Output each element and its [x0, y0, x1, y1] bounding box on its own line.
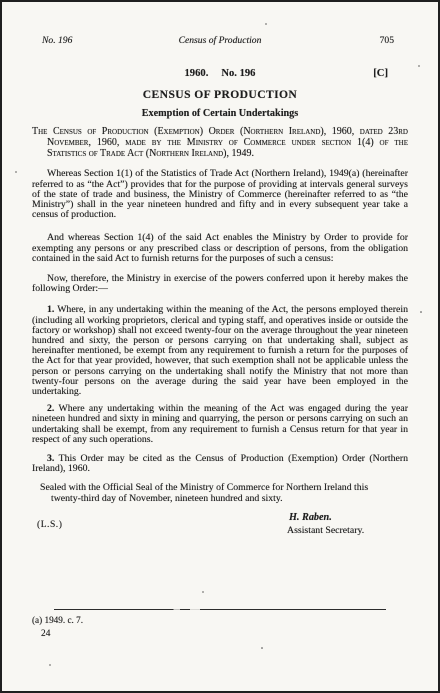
article-paragraph-3: 3. This Order may be cited as the Census…: [32, 454, 408, 474]
article-1-text: Where, in any undertaking within the mea…: [32, 304, 408, 397]
recital-paragraph-3: Now, therefore, the Ministry in exercise…: [32, 274, 408, 294]
footnote-citation: (a) 1949. c. 7.: [32, 615, 83, 625]
scan-speck: [418, 65, 420, 67]
scan-speck: [49, 664, 51, 666]
scan-speck: [202, 591, 204, 593]
running-header-page-number: 705: [380, 35, 394, 46]
footnote-rule: [54, 609, 386, 610]
recital-paragraph-1: Whereas Section 1(1) of the Statistics o…: [32, 169, 408, 220]
folio-page-number: 24: [41, 629, 50, 639]
article-paragraph-2: 2. Where any undertaking within the mean…: [32, 404, 408, 445]
preamble-paragraph: The Census of Production (Exemption) Ord…: [32, 127, 408, 159]
document-page: No. 196 Census of Production 705 1960.No…: [0, 0, 440, 693]
order-year-number-line: 1960.No. 196 [C]: [32, 68, 408, 80]
article-3-text: This Order may be cited as the Census of…: [32, 453, 408, 474]
order-year: 1960.: [185, 68, 209, 79]
order-number: No. 196: [221, 68, 255, 79]
classification-mark: [C]: [373, 68, 388, 79]
page-content: No. 196 Census of Production 705 1960.No…: [2, 2, 438, 558]
scan-speck: [359, 460, 361, 462]
signatory-name: H. Raben.: [289, 512, 332, 523]
signatory-title: Assistant Secretary.: [287, 525, 364, 536]
recital-paragraph-2: And whereas Section 1(4) of the said Act…: [32, 233, 408, 264]
document-title: CENSUS OF PRODUCTION: [32, 88, 408, 101]
running-header-order-number: No. 196: [42, 35, 72, 46]
document-subtitle: Exemption of Certain Undertakings: [32, 108, 408, 119]
seal-mark: (L.S.): [37, 519, 62, 530]
running-header-title: Census of Production: [179, 35, 262, 46]
article-paragraph-1: 1. Where, in any undertaking within the …: [32, 305, 408, 397]
sealing-clause: Sealed with the Official Seal of the Min…: [32, 483, 408, 504]
scan-speck: [261, 647, 263, 649]
article-2-text: Where any undertaking within the meaning…: [32, 403, 408, 445]
scan-speck: [15, 171, 17, 173]
running-header: No. 196 Census of Production 705: [32, 35, 408, 47]
scan-speck: [420, 311, 422, 313]
scan-speck: [265, 23, 267, 25]
signature-block: (L.S.) H. Raben. Assistant Secretary.: [32, 512, 408, 558]
